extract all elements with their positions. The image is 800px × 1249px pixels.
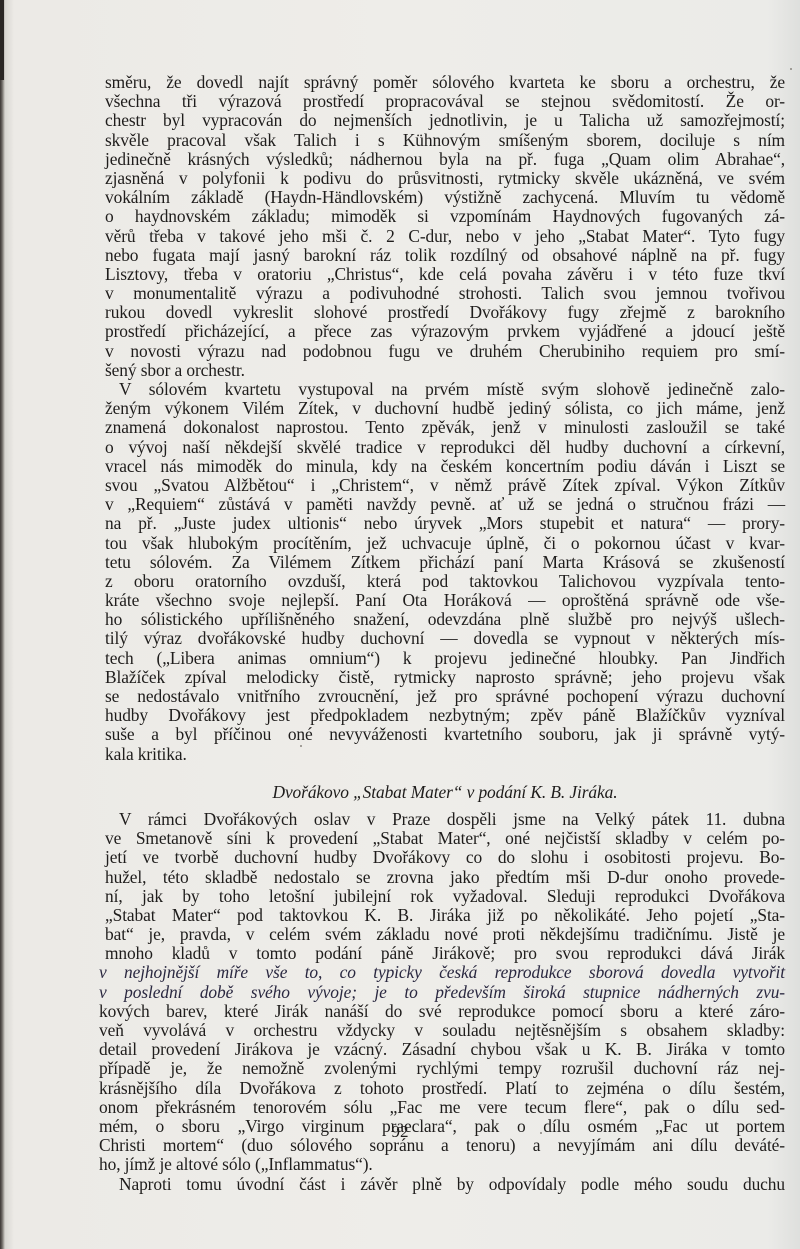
text-line: o haydnovském základu; mimoděk si vzpomí…	[105, 207, 785, 226]
text-line: vokálním základě (Haydn-Händlovském) výs…	[105, 188, 785, 207]
text-line: ženým výkonem Vilém Zítek, v duchovní hu…	[105, 399, 785, 418]
text-line: tetu sólovém. Za Vilémem Zítkem přichází…	[105, 553, 785, 572]
text-line: ve Smetanově síni k provedení „Stabat Ma…	[105, 829, 785, 848]
text-line: mnoho kladů v tomto podání páně Jirákově…	[105, 944, 785, 963]
text-line: jedinečně krásných výsledků; nádhernou b…	[105, 150, 785, 169]
text-line: z oboru oratorního ovzduší, která pod ta…	[105, 572, 785, 591]
text-line-italic: v nejhojnější míře vše to, co typicky če…	[99, 963, 785, 982]
text-line: tilý výraz dvořákovské hudby duchovní — …	[105, 629, 785, 648]
text-line: v „Requiem“ zůstává v paměti navždy pevn…	[105, 495, 785, 514]
text-line: Lisztovy, třeba v oratoriu „Christus“, k…	[105, 265, 785, 284]
paragraph-solo-quartet: V sólovém kvartetu vystupoval na prvém m…	[105, 380, 785, 764]
text-line: ho, jímž je altové sólo („Inflammatus“).	[99, 1155, 785, 1174]
text-line: „Stabat Mater“ pod taktovkou K. B. Jirák…	[105, 906, 785, 925]
text-line: v monumentalitě výrazu a podivuhodné str…	[105, 284, 785, 303]
text-line: kových barev, které Jirák nanáší do své …	[99, 1002, 785, 1021]
text-line: na př. „Juste judex ultionis“ nebo úryve…	[105, 514, 785, 533]
text-line: onom překrásném tenorovém sólu „Fac me v…	[99, 1098, 785, 1117]
paper-speck	[790, 68, 792, 70]
text-line: tech („Libera animas omnium“) k projevu …	[105, 649, 785, 668]
text-line: bat“ je, pravda, v celém svém základu no…	[105, 925, 785, 944]
paper-speck	[300, 745, 302, 747]
text-line: detail provedení Jirákova je vzácný. Zás…	[99, 1040, 785, 1059]
text-line-italic: v poslední době svého vývoje; je to před…	[99, 983, 785, 1002]
text-line: rukou dovedl vykreslit slohové prostředí…	[105, 303, 785, 322]
text-line: se nedostávalo vnitřního zvroucnění, jež…	[105, 687, 785, 706]
text-line: vracel nás mimoděk do minula, kdy na čes…	[105, 457, 785, 476]
text-line: Blažíček zpíval melodicky čistě, rytmick…	[105, 668, 785, 687]
text-line: Naproti tomu úvodní část i závěr plně by…	[105, 1175, 785, 1194]
text-line: jetí ve tvorbě duchovní hudby Dvořákovy …	[105, 848, 785, 867]
text-line: V sólovém kvartetu vystupoval na prvém m…	[105, 380, 785, 399]
text-line: kala kritika.	[105, 745, 785, 764]
text-line: svou „Svatou Alžbětou“ i „Christem“, v n…	[105, 476, 785, 495]
text-line: prostředí přicházející, a přece zas výra…	[105, 322, 785, 341]
text-line: o vývoj naší někdejší skvělé tradice v r…	[105, 438, 785, 457]
text-line: skvěle pracoval však Talich i s Kühnovým…	[105, 131, 785, 150]
text-line: směru, že dovedl najít správný poměr sól…	[105, 73, 785, 92]
section-heading: Dvořákovo „Stabat Mater“ v podání K. B. …	[105, 783, 785, 802]
text-line: hudby Dvořákovy jest předpokladem nezbyt…	[105, 706, 785, 725]
paragraph-talich-fugue: směru, že dovedl najít správný poměr sól…	[105, 73, 785, 380]
text-line: ní, jak by toho letošní jubilejní rok vy…	[105, 887, 785, 906]
text-line: věrů třeba v takové jeho mši č. 2 C-dur,…	[105, 227, 785, 246]
paragraph-conclusion: Naproti tomu úvodní část i závěr plně by…	[105, 1175, 785, 1194]
scanned-book-page: směru, že dovedl najít správný poměr sól…	[0, 0, 800, 1249]
text-line: chestr byl vypracován do nejmenších jedn…	[105, 111, 785, 130]
text-line: šený sbor a orchestr.	[105, 361, 785, 380]
text-line: znamená dokonalost naprostou. Tento zpěv…	[105, 418, 785, 437]
text-line: všechna tři výrazová prostředí propracov…	[105, 92, 785, 111]
text-line: případě je, že nemožně zvolenými rychlým…	[99, 1059, 785, 1078]
text-line: suše a byl příčinou oné nevyváženosti kv…	[105, 725, 785, 744]
text-line: ho sólistického upřílišněného snažení, o…	[105, 610, 785, 629]
text-line: nebo fugata mají jasný barokní ráz tolik…	[105, 246, 785, 265]
text-line: kráte všechno svoje nejlepší. Paní Ota H…	[105, 591, 785, 610]
page-number: 92	[0, 1122, 800, 1142]
text-line: veň vyvolává v orchestru vždycky v soula…	[99, 1021, 785, 1040]
text-line: krásnějšího díla Dvořákova z tohoto pros…	[99, 1079, 785, 1098]
text-line: hužel, této skladbě nedostalo se zrovna …	[105, 868, 785, 887]
text-line: zjasněná v polyfonii k podivu do průsvit…	[105, 169, 785, 188]
paper-speck	[540, 1132, 542, 1134]
paragraph-jirak-stabat-mater: V rámci Dvořákových oslav v Praze dospěl…	[105, 810, 785, 1175]
body-text: směru, že dovedl najít správný poměr sól…	[105, 73, 785, 1194]
text-line: v novosti výrazu nad podobnou fugu ve dr…	[105, 342, 785, 361]
text-line: tou však hlubokým procítěním, jež uchvac…	[105, 534, 785, 553]
page-edge-shadow	[0, 0, 4, 80]
text-line: V rámci Dvořákových oslav v Praze dospěl…	[105, 810, 785, 829]
